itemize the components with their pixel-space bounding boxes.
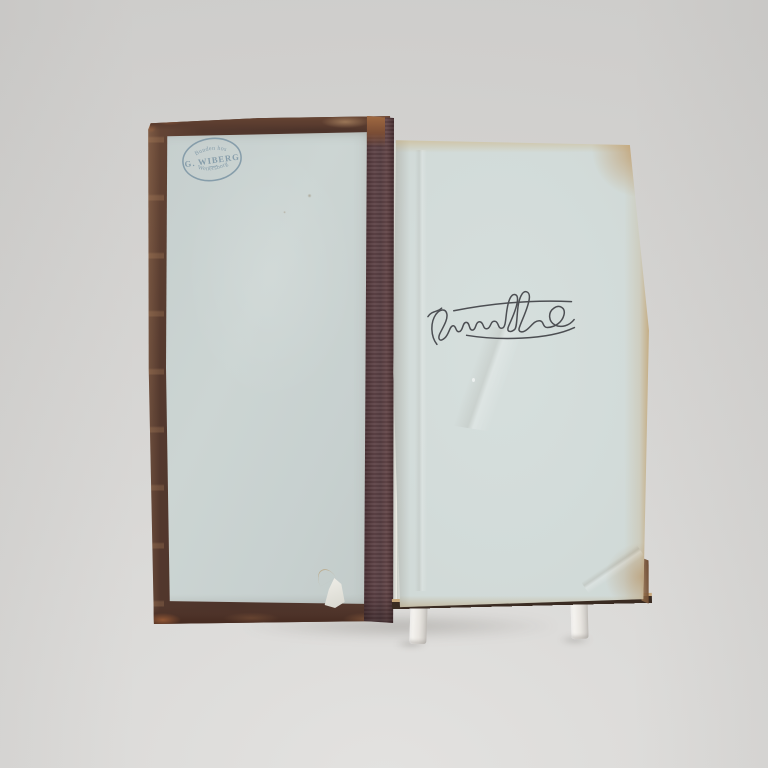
page-crease-gutter bbox=[415, 150, 427, 591]
paper-fleck bbox=[472, 378, 475, 382]
photo-backdrop: Bunden hos G. WIBERG Wenersborg Törsteat… bbox=[0, 0, 768, 768]
leather-edge-wear-top bbox=[150, 112, 394, 130]
spine-hinge-leather bbox=[364, 115, 394, 624]
handwritten-signature: Törsteath bbox=[425, 281, 583, 352]
pastedown-endpaper: Bunden hos G. WIBERG Wenersborg bbox=[166, 132, 374, 604]
binder-oval-stamp: Bunden hos G. WIBERG Wenersborg bbox=[177, 132, 247, 187]
signature-stroke-main bbox=[431, 290, 575, 344]
spine-top-wear bbox=[364, 115, 385, 147]
signature-stroke-crossbar bbox=[454, 300, 572, 311]
front-endpaper-page: Törsteath bbox=[392, 136, 650, 610]
inside-front-cover-leather-board: Bunden hos G. WIBERG Wenersborg bbox=[146, 112, 394, 626]
endpaper-tear bbox=[314, 576, 350, 609]
leather-edge-wear-left bbox=[146, 112, 164, 626]
signature-stroke-underline bbox=[466, 328, 574, 341]
